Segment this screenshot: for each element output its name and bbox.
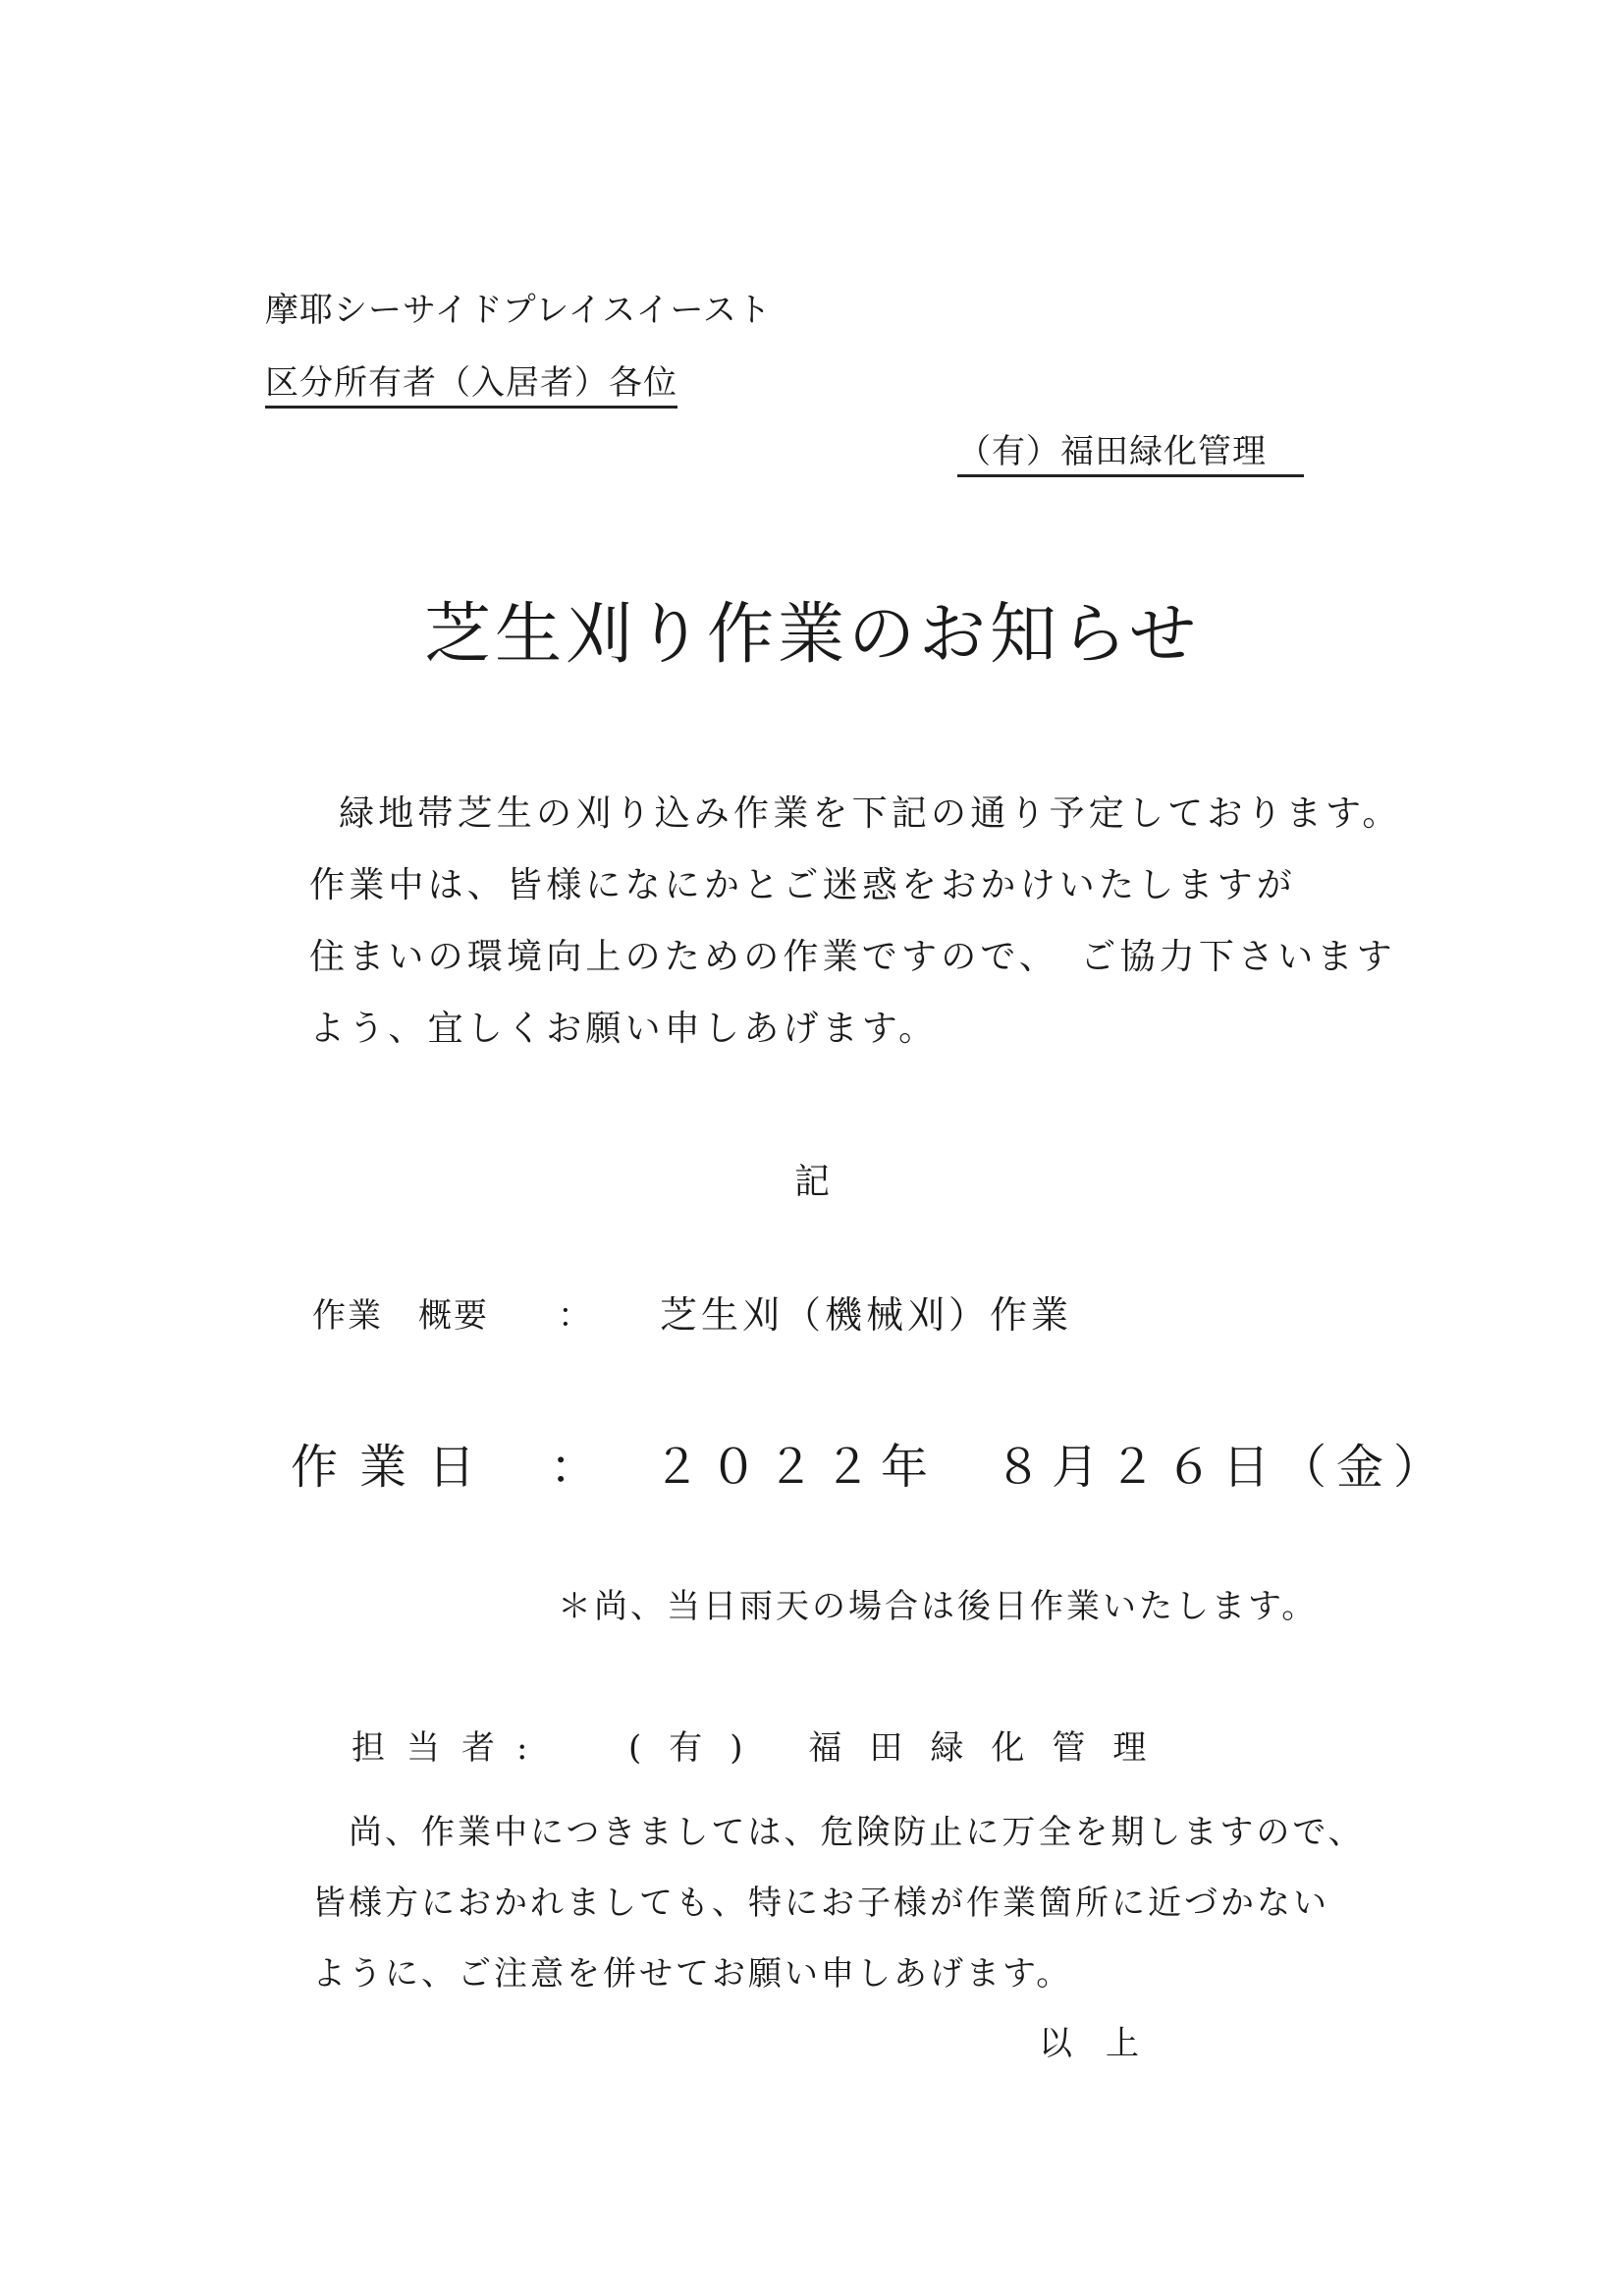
- sender-company: （有）福田緑化管理: [957, 424, 1304, 477]
- work-summary-label: 作業 概要: [312, 1288, 489, 1337]
- contact-label: 担当者:: [352, 1721, 549, 1769]
- rain-note: ＊尚、当日雨天の場合は後日作業いたします。: [558, 1579, 1318, 1627]
- work-date-label: 作業日: [291, 1429, 497, 1497]
- work-summary-colon: ：: [558, 1288, 591, 1337]
- work-date-colon: ：: [550, 1429, 597, 1497]
- caution-line: 皆様方におかれましても、特にお子様が作業箇所に近づかない: [312, 1876, 1329, 1924]
- contact-value: (有) 福田緑化管理: [628, 1721, 1173, 1769]
- caution-line: 尚、作業中につきましては、危険防止に万全を期しますので、: [349, 1805, 1365, 1853]
- work-summary-value: 芝生刈（機械刈）作業: [660, 1285, 1072, 1339]
- body-line: 住まいの環境向上のための作業ですので、 ご協力下さいます: [309, 929, 1396, 979]
- body-line: 作業中は、皆様になにかとご迷惑をおかけいたしますが: [309, 857, 1296, 907]
- addressee-building: 摩耶シーサイドプレイスイースト: [265, 283, 772, 331]
- body-line: よう、宜しくお願い申しあげます。: [309, 1001, 938, 1051]
- caution-line: ように、ご注意を併せてお願い申しあげます。: [312, 1946, 1072, 1995]
- work-date-value: ２０２２年 ８月２６日（金）: [653, 1429, 1450, 1497]
- closing-mark: 以上: [1039, 2016, 1172, 2064]
- ki-heading: 記: [0, 1154, 1624, 1204]
- addressee-recipients: 区分所有者（入居者）各位: [265, 355, 677, 409]
- body-line: 緑地帯芝生の刈り込み作業を下記の通り予定しております。: [339, 786, 1402, 836]
- document-title: 芝生刈り作業のお知らせ: [0, 581, 1624, 677]
